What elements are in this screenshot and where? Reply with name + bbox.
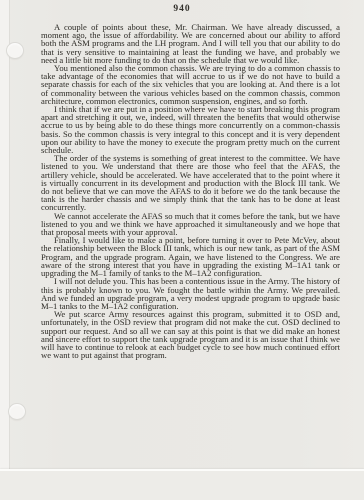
paragraph-4: The order of the systems is something of… [41,154,340,211]
scanned-page: 940 A couple of points about these, Mr. … [0,0,364,500]
page-bottom-edge [0,469,364,500]
punch-hole-top [6,42,24,59]
paragraph-1: A couple of points about these, Mr. Chai… [41,23,340,64]
paragraph-8: We put scarce Army resources against thi… [41,310,340,359]
body-text: A couple of points about these, Mr. Chai… [41,23,340,359]
paragraph-7: I will not delude you. This has been a c… [41,277,340,310]
paragraph-5: We cannot accelerate the AFAS so much th… [41,212,340,237]
paragraph-3: I think that if we are put in a position… [41,105,340,154]
page-left-edge [0,0,10,470]
page-number: 940 [0,4,364,14]
paragraph-2: You mentioned also the common chassis. W… [41,64,340,105]
punch-hole-bottom [8,403,26,420]
paragraph-6: Finally, I would like to make a point, b… [41,236,340,277]
